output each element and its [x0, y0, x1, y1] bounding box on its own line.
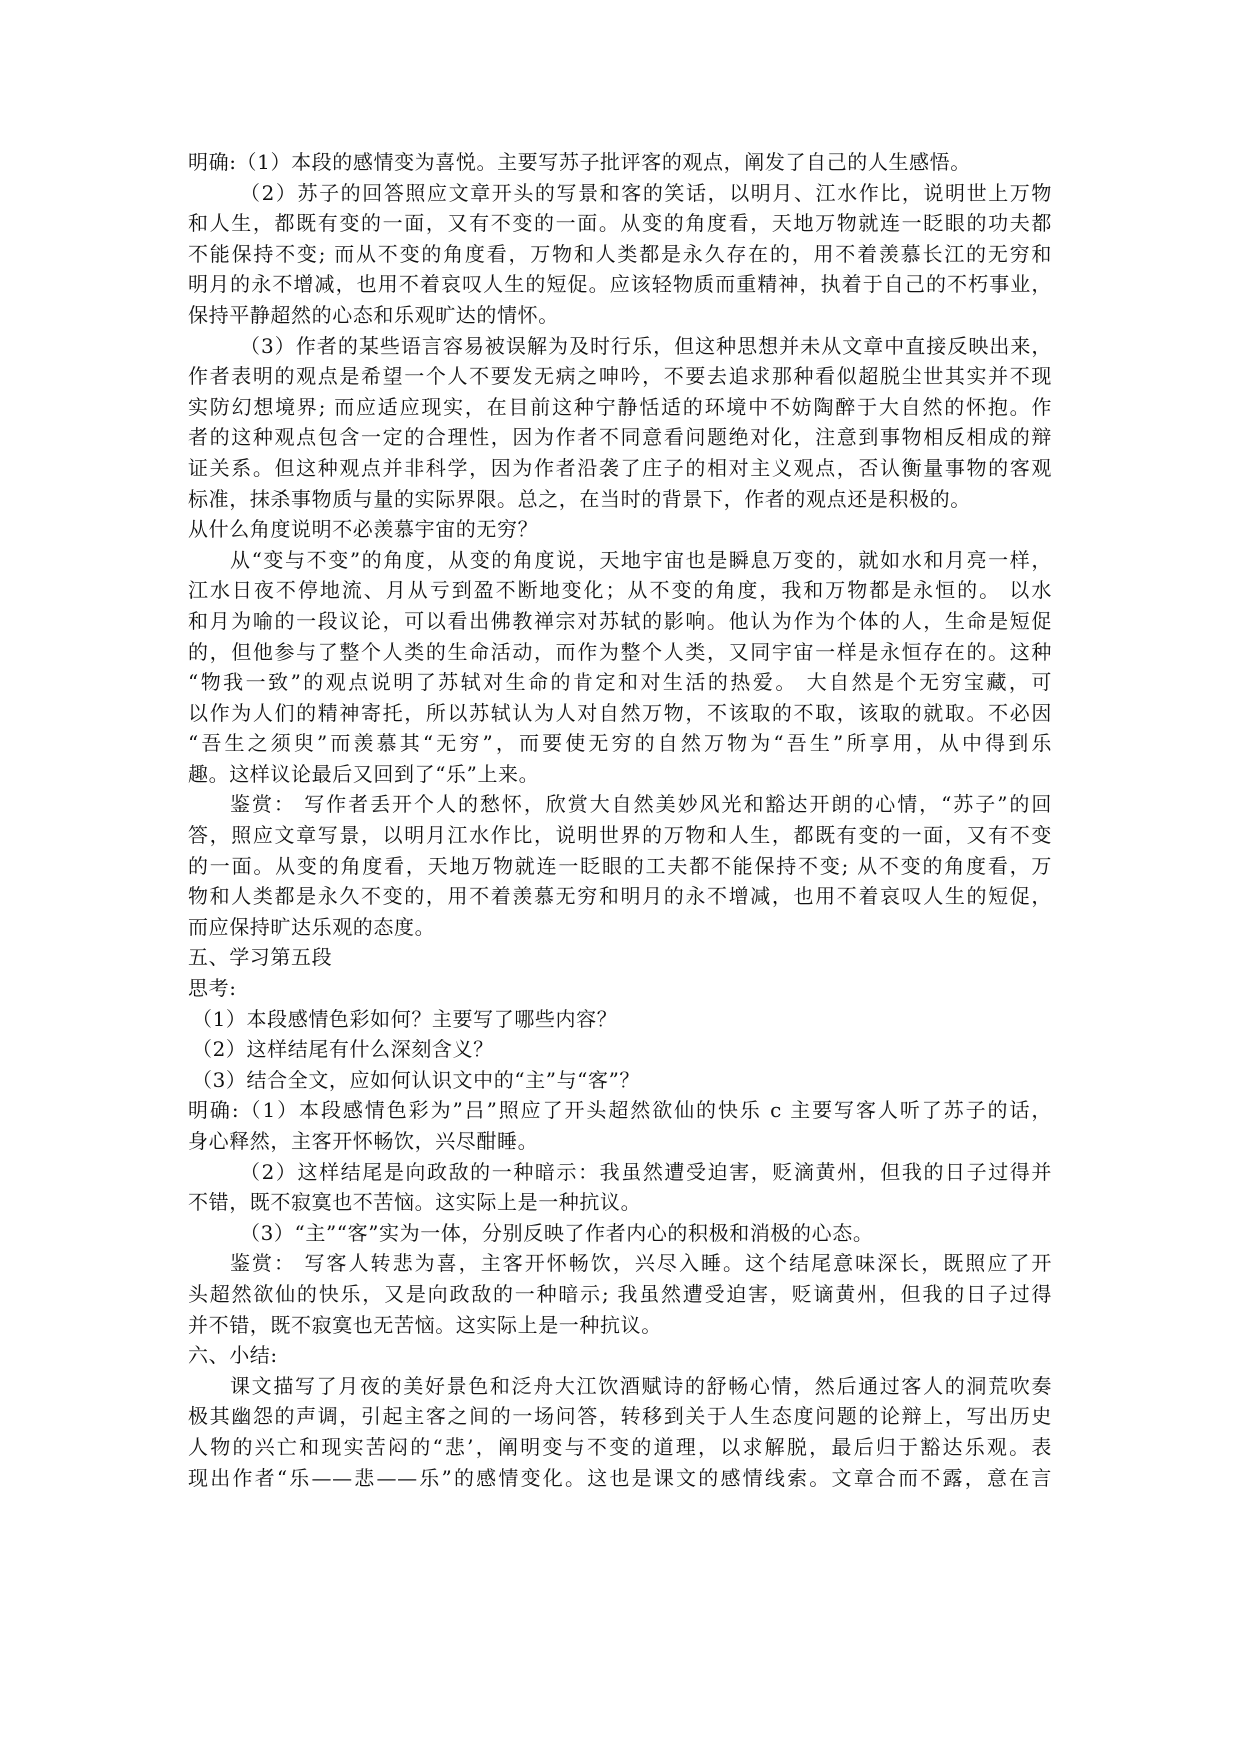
text-line: 鉴赏： 写作者丢开个人的愁怀，欣赏大自然美妙风光和豁达开朗的心情，“苏子”的回: [188, 789, 1052, 820]
text-line: 江水日夜不停地流、月从亏到盈不断地变化；从不变的角度，我和万物都是永恒的。 以水: [188, 575, 1052, 606]
text-line: 六、小结:: [188, 1340, 1052, 1371]
text-line: 从“变与不变”的角度，从变的角度说，天地宇宙也是瞬息万变的，就如水和月亮一样，: [188, 545, 1052, 576]
text-line: （3）“主”“客”实为一体，分别反映了作者内心的积极和消极的心态。: [188, 1218, 1052, 1249]
text-line: 人物的兴亡和现实苦闷的“悲’，阐明变与不变的道理，以求解脱，最后归于豁达乐观。表: [188, 1432, 1052, 1463]
text-line: 作者表明的观点是希望一个人不要发无病之呻吟，不要去追求那种看似超脱尘世其实并不现: [188, 361, 1052, 392]
text-line: 趣。这样议论最后又回到了“乐”上来。: [188, 759, 1052, 790]
text-line: （3）作者的某些语言容易被误解为及时行乐，但这种思想并未从文章中直接反映出来，: [188, 331, 1052, 362]
text-line: （1）本段感情色彩如何？主要写了哪些内容？: [188, 1004, 1052, 1035]
text-line: 课文描写了月夜的美好景色和泛舟大江饮酒赋诗的舒畅心情，然后通过客人的洞荒吹奏: [188, 1371, 1052, 1402]
text-line: 思考:: [188, 973, 1052, 1004]
text-line: （2）这样结尾是向政敌的一种暗示：我虽然遭受迫害，贬滴黄州，但我的日子过得并: [188, 1157, 1052, 1188]
text-line: （2）苏子的回答照应文章开头的写景和客的笑话，以明月、江水作比，说明世上万物: [188, 178, 1052, 209]
text-line: 明月的永不增减，也用不着哀叹人生的短促。应该轻物质而重精神，执着于自己的不朽事业…: [188, 269, 1052, 300]
text-line: 保持平静超然的心态和乐观旷达的情怀。: [188, 300, 1052, 331]
text-line: 明确:（1）本段感情色彩为”吕”照应了开头超然欲仙的快乐 c 主要写客人听了苏子…: [188, 1095, 1052, 1126]
text-line: 物和人类都是永久不变的，用不着羡慕无穷和明月的永不增减，也用不着哀叹人生的短促，: [188, 881, 1052, 912]
text-line: 的一面。从变的角度看，天地万物就连一眨眼的工夫都不能保持不变; 从不变的角度看，…: [188, 851, 1052, 882]
text-line: 以作为人们的精神寄托，所以苏轼认为人对自然万物，不该取的不取，该取的就取。不必因: [188, 698, 1052, 729]
text-line: 不错，既不寂寞也不苦恼。这实际上是一种抗议。: [188, 1187, 1052, 1218]
text-line: 极其幽怨的声调，引起主客之间的一场问答，转移到关于人生态度问题的论辩上，写出历史: [188, 1401, 1052, 1432]
document-page: 明确:（1）本段的感情变为喜悦。主要写苏子批评客的观点，阐发了自己的人生感悟。（…: [188, 147, 1052, 1493]
text-line: 标准，抹杀事物质与量的实际界限。总之，在当时的背景下，作者的观点还是积极的。: [188, 484, 1052, 515]
text-line: “物我一致”的观点说明了苏轼对生命的肯定和对生活的热爱。 大自然是个无穷宝藏，可: [188, 667, 1052, 698]
text-line: （2）这样结尾有什么深刻含义？: [188, 1034, 1052, 1065]
text-line: 实防幻想境界; 而应适应现实，在目前这种宁静恬适的环境中不妨陶醉于大自然的怀抱。…: [188, 392, 1052, 423]
text-line: 者的这种观点包含一定的合理性，因为作者不同意看问题绝对化，注意到事物相反相成的辩: [188, 422, 1052, 453]
text-line: 答，照应文章写景，以明月江水作比，说明世界的万物和人生，都既有变的一面，又有不变: [188, 820, 1052, 851]
text-line: 五、学习第五段: [188, 942, 1052, 973]
text-line: 不能保持不变; 而从不变的角度看，万物和人类都是永久存在的，用不着羡慕长江的无穷…: [188, 239, 1052, 270]
text-line: 证关系。但这种观点并非科学，因为作者沿袭了庄子的相对主义观点，否认衡量事物的客观: [188, 453, 1052, 484]
text-line: 头超然欲仙的快乐，又是向政敌的一种暗示; 我虽然遭受迫害，贬谪黄州，但我的日子过…: [188, 1279, 1052, 1310]
text-line: 身心释然，主客开怀畅饮，兴尽酣睡。: [188, 1126, 1052, 1157]
text-line: “吾生之须臾”而羡慕其“无穷”，而要使无穷的自然万物为“吾生”所享用，从中得到乐: [188, 728, 1052, 759]
text-line: 从什么角度说明不必羡慕宇宙的无穷？: [188, 514, 1052, 545]
text-line: 鉴赏： 写客人转悲为喜，主客开怀畅饮，兴尽入睡。这个结尾意味深长，既照应了开: [188, 1248, 1052, 1279]
text-line: 而应保持旷达乐观的态度。: [188, 912, 1052, 943]
text-line: 的，但他参与了整个人类的生命活动，而作为整个人类，又同宇宙一样是永恒存在的。这种: [188, 637, 1052, 668]
text-line: 和月为喻的一段议论，可以看出佛教禅宗对苏轼的影响。他认为作为个体的人，生命是短促: [188, 606, 1052, 637]
text-line: 并不错，既不寂寞也无苦恼。这实际上是一种抗议。: [188, 1310, 1052, 1341]
text-line: 明确:（1）本段的感情变为喜悦。主要写苏子批评客的观点，阐发了自己的人生感悟。: [188, 147, 1052, 178]
text-line: 和人生，都既有变的一面，又有不变的一面。从变的角度看，天地万物就连一眨眼的功夫都: [188, 208, 1052, 239]
text-line: 现出作者“乐——悲——乐”的感情变化。这也是课文的感情线索。文章合而不露，意在言: [188, 1463, 1052, 1494]
text-line: （3）结合全文，应如何认识文中的“主”与“客”？: [188, 1065, 1052, 1096]
